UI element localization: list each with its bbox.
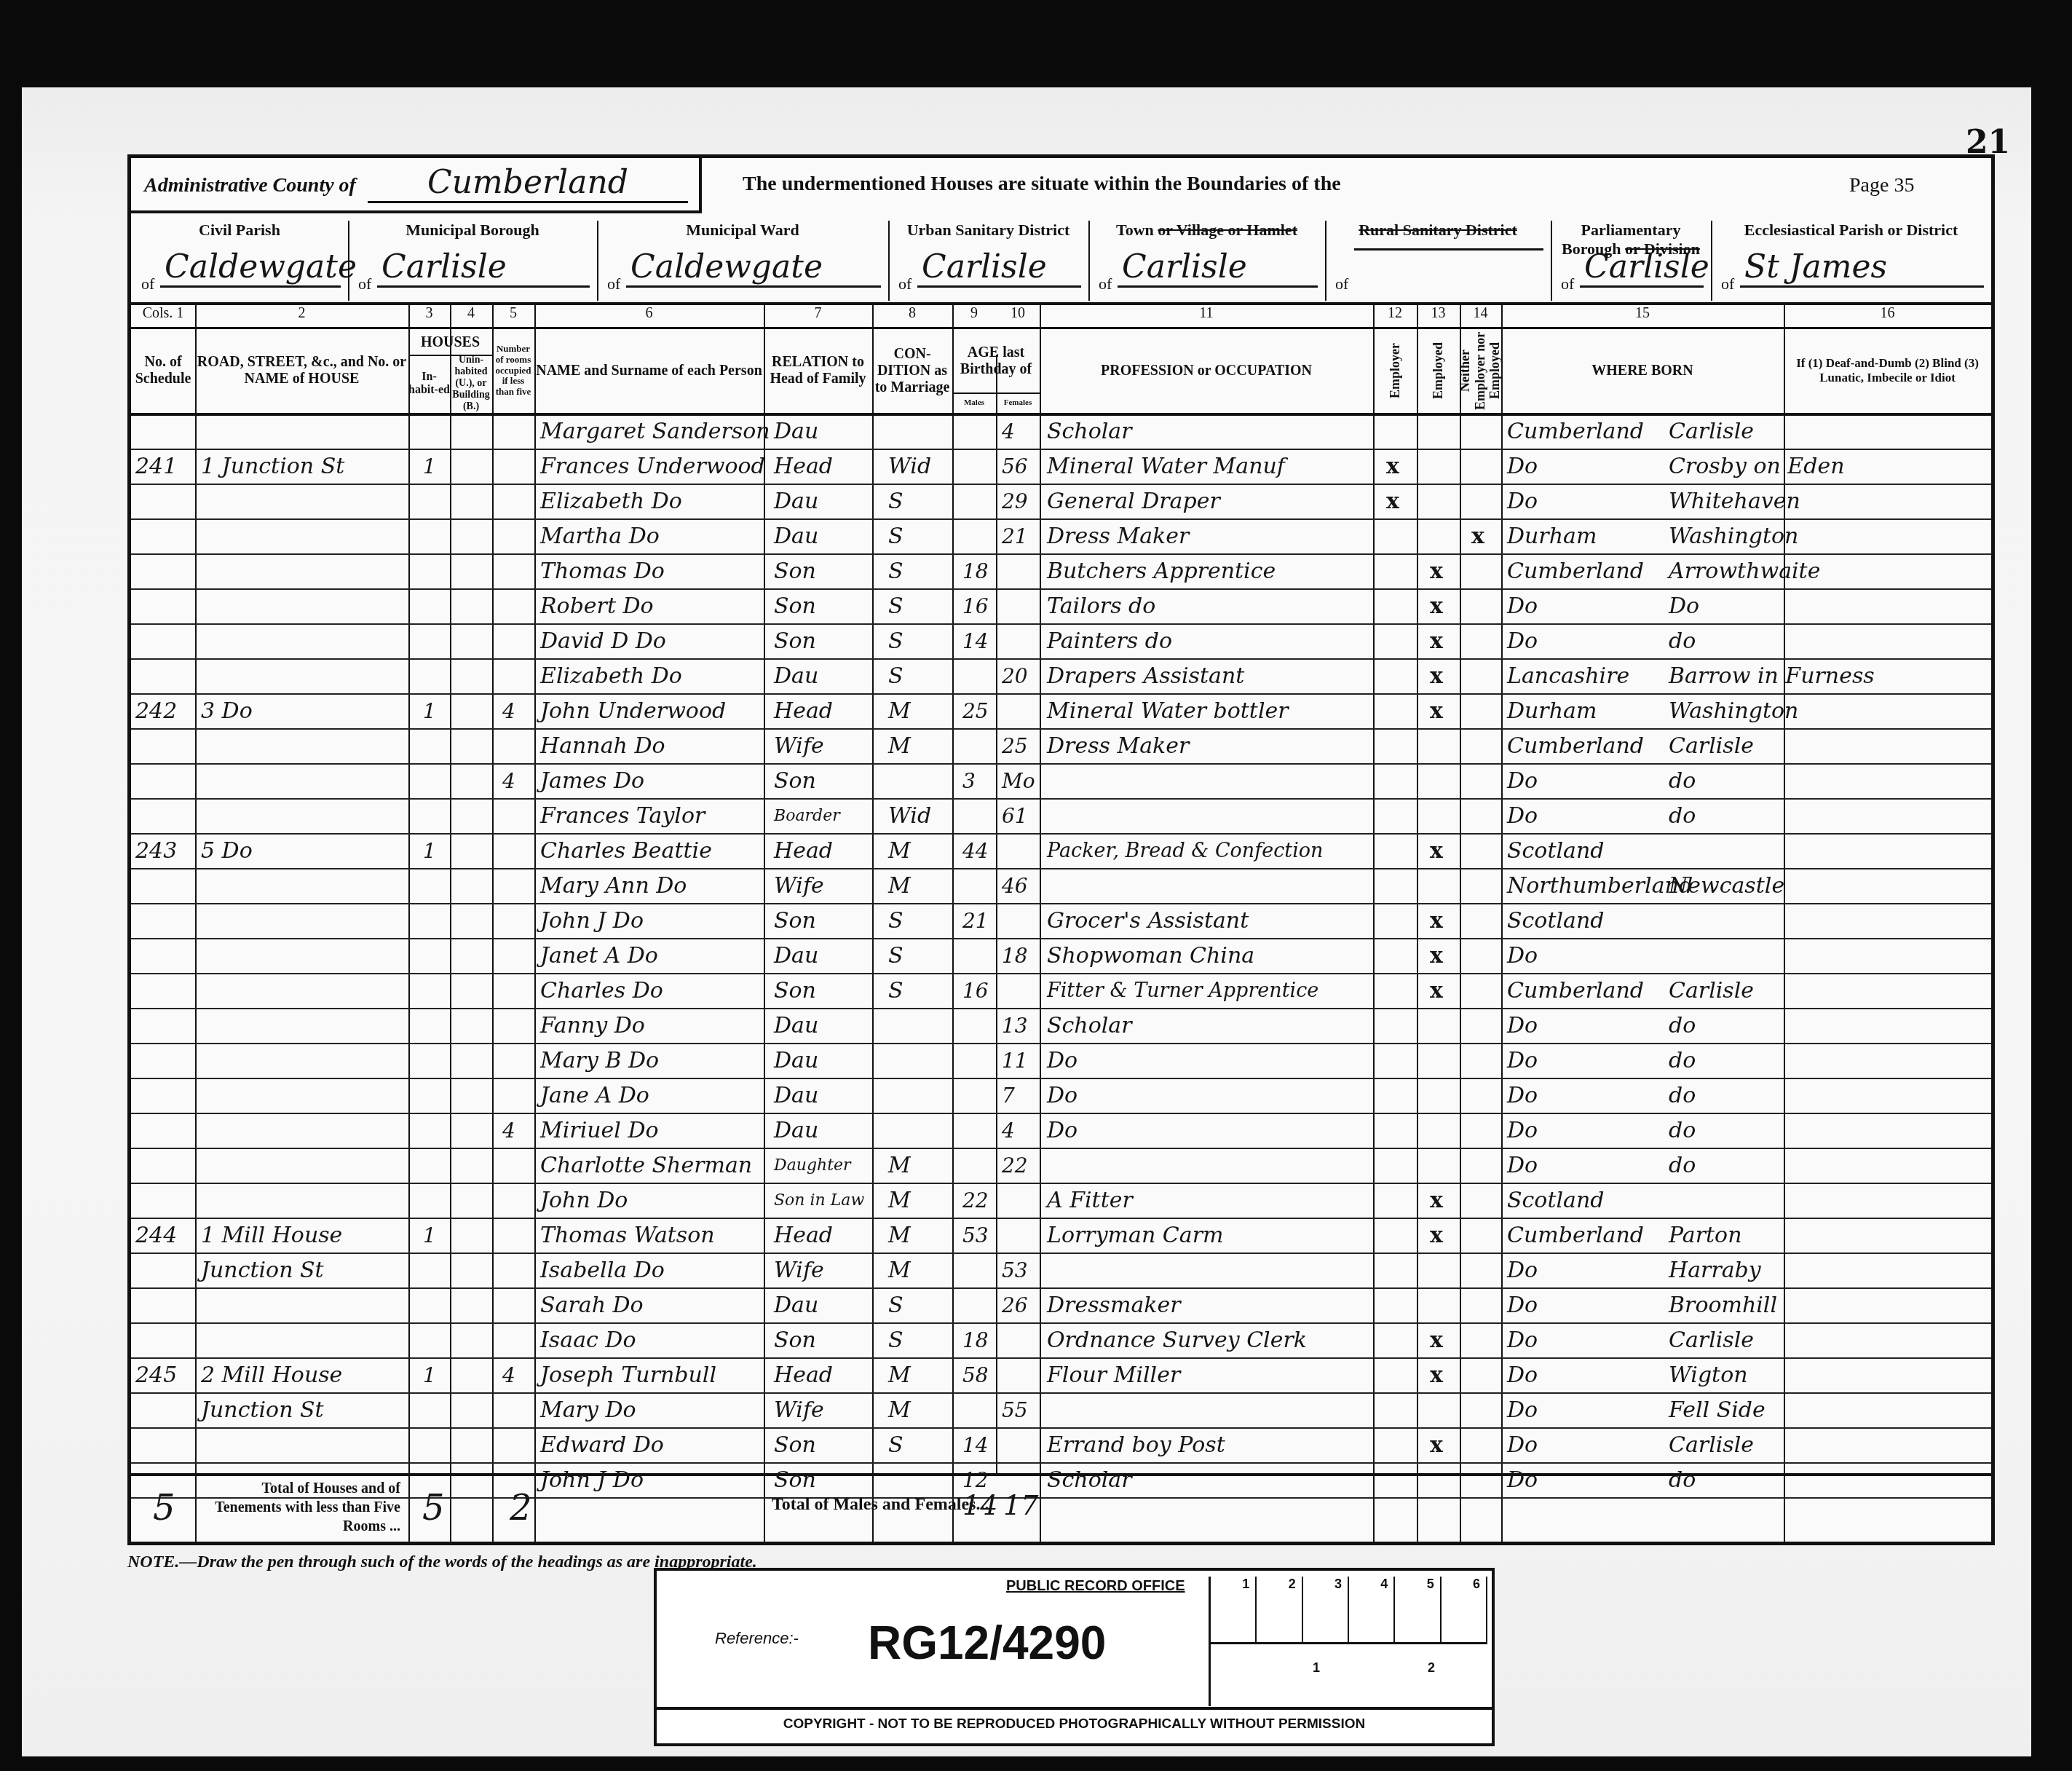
total-schedules: 5	[153, 1488, 175, 1529]
birth-county: Do	[1507, 1045, 1538, 1077]
census-row: Janet A DoDauS18Shopwoman ChinaxDo	[131, 939, 1991, 974]
birth-county: Do	[1507, 1360, 1538, 1392]
relation-to-head: Dau	[774, 1290, 818, 1322]
relation-to-head: Son	[774, 1325, 816, 1357]
occupation: Butchers Apprentice	[1047, 556, 1276, 588]
person-name: Janet A Do	[540, 940, 658, 972]
occupation: A Fitter	[1047, 1185, 1133, 1217]
female-age: 61	[1002, 800, 1028, 832]
area-value: St James	[1740, 248, 1984, 288]
area-field-1: Municipal BoroughofCarlisle	[348, 216, 597, 304]
birth-place: Carlisle	[1669, 730, 1754, 762]
rooms-count: 4	[502, 1360, 515, 1392]
area-value: Carlisle	[1118, 248, 1318, 288]
person-name: John Underwood	[540, 695, 726, 727]
male-age: 21	[962, 905, 989, 937]
pro-header: PUBLIC RECORD OFFICE	[1006, 1578, 1185, 1595]
column-number: 10	[996, 305, 1040, 327]
relation-to-head: Wife	[774, 870, 824, 902]
employed-mark: x	[1430, 591, 1443, 623]
birth-county: Cumberland	[1507, 556, 1644, 588]
birth-county: Do	[1507, 1080, 1538, 1112]
birth-county: Do	[1507, 1395, 1538, 1427]
road-address: Junction St	[201, 1255, 324, 1287]
inhabited-count: 1	[423, 1360, 436, 1392]
female-age: 11	[1002, 1045, 1028, 1077]
birth-place: Newcastle	[1669, 870, 1784, 902]
employer-mark: x	[1386, 486, 1399, 518]
person-name: David D Do	[540, 626, 666, 658]
occupation: Tailors do	[1047, 591, 1155, 623]
occupation: Drapers Assistant	[1047, 660, 1244, 693]
relation-to-head: Head	[774, 1360, 833, 1392]
road-address: 5 Do	[201, 835, 253, 867]
birth-county: Do	[1507, 1290, 1538, 1322]
birth-place: Washington	[1669, 521, 1798, 553]
occupation: Dressmaker	[1047, 1290, 1181, 1322]
female-age: 7	[1002, 1080, 1015, 1112]
occupation: Scholar	[1047, 1010, 1132, 1042]
census-row: 4James DoSon3MoDodo	[131, 764, 1991, 799]
area-field-0: Civil ParishofCaldewgate	[131, 216, 348, 304]
birth-county: Do	[1507, 1429, 1538, 1462]
total-females: 17	[1003, 1489, 1038, 1521]
birth-place: do	[1669, 800, 1696, 832]
employed-mark: x	[1430, 835, 1443, 867]
column-number: 5	[492, 305, 534, 327]
relation-to-head: Son in Law	[774, 1185, 864, 1217]
person-name: Hannah Do	[540, 730, 665, 762]
relation-to-head: Son	[774, 765, 816, 797]
marital-condition: M	[888, 695, 911, 727]
census-row: Elizabeth DoDauS20Drapers AssistantxLanc…	[131, 659, 1991, 694]
male-age: 25	[962, 695, 989, 727]
birth-place: Do	[1669, 591, 1699, 623]
person-name: Elizabeth Do	[540, 660, 682, 693]
neither-mark: x	[1471, 521, 1484, 553]
relation-to-head: Wife	[774, 730, 824, 762]
relation-to-head: Dau	[774, 1080, 818, 1112]
schedule-number: 244	[135, 1220, 177, 1252]
employed-mark: x	[1430, 975, 1443, 1007]
person-name: Elizabeth Do	[540, 486, 682, 518]
county-box: Administrative County of Cumberland	[131, 158, 702, 213]
marital-condition: M	[888, 1185, 911, 1217]
person-name: Charlotte Sherman	[540, 1150, 752, 1182]
reference-label: Reference:-	[715, 1629, 799, 1648]
birth-county: Do	[1507, 486, 1538, 518]
female-age: 46	[1002, 870, 1028, 902]
column-header-occupation: PROFESSION or OCCUPATION	[1040, 330, 1373, 411]
occupation: Do	[1047, 1080, 1077, 1112]
employed-mark: x	[1430, 1220, 1443, 1252]
inhabited-count: 1	[423, 451, 436, 483]
relation-to-head: Boarder	[774, 800, 840, 832]
census-row: Elizabeth DoDauS29General DraperxDoWhite…	[131, 484, 1991, 519]
rule	[131, 327, 1991, 329]
birth-place: Carlisle	[1669, 975, 1754, 1007]
area-field-2: Municipal WardofCaldewgate	[597, 216, 888, 304]
ruler-mark: 4	[1349, 1577, 1395, 1642]
birth-county: Do	[1507, 1255, 1538, 1287]
road-address: 2 Mill House	[201, 1360, 342, 1392]
birth-county: Do	[1507, 1010, 1538, 1042]
area-title: Rural Sanitary District	[1325, 221, 1551, 240]
male-age: 44	[962, 835, 989, 867]
schedule-number: 241	[135, 451, 177, 483]
marital-condition: S	[888, 1325, 903, 1357]
marital-condition: Wid	[888, 800, 931, 832]
area-field-6: Parliamentary Borough or DivisionofCarli…	[1551, 216, 1711, 304]
census-row: Frances TaylorBoarderWid61Dodo	[131, 799, 1991, 834]
birth-county: Do	[1507, 940, 1538, 972]
area-title: Ecclesiastical Parish or District	[1711, 221, 1991, 240]
area-title: Civil Parish	[131, 221, 348, 240]
person-name: Thomas Watson	[540, 1220, 715, 1252]
occupation: Grocer's Assistant	[1047, 905, 1249, 937]
ruler-mark: 2	[1428, 1660, 1435, 1676]
person-name: Charles Beattie	[540, 835, 712, 867]
ruler-mark: 1	[1211, 1577, 1257, 1642]
male-age: 58	[962, 1360, 989, 1392]
person-name: Martha Do	[540, 521, 660, 553]
column-header-females: Females	[996, 394, 1040, 411]
male-age: 14	[962, 1429, 989, 1462]
of-label: of	[1335, 275, 1348, 293]
male-age: 14	[962, 626, 989, 658]
birth-county: Do	[1507, 765, 1538, 797]
relation-to-head: Son	[774, 626, 816, 658]
relation-to-head: Dau	[774, 521, 818, 553]
of-label: of	[607, 275, 620, 293]
birth-place: do	[1669, 1150, 1696, 1182]
census-row: Junction StMary DoWifeM55DoFell Side	[131, 1393, 1991, 1428]
relation-to-head: Dau	[774, 660, 818, 693]
employed-mark: x	[1430, 556, 1443, 588]
road-address: 1 Mill House	[201, 1220, 342, 1252]
birth-county: Do	[1507, 1150, 1538, 1182]
person-name: Miriuel Do	[540, 1115, 659, 1147]
employed-mark: x	[1430, 1360, 1443, 1392]
inhabited-count: 1	[423, 1220, 436, 1252]
male-age: 3	[962, 765, 976, 797]
column-header-where_born: WHERE BORN	[1501, 330, 1784, 411]
female-age: 22	[1002, 1150, 1028, 1182]
marital-condition: Wid	[888, 451, 931, 483]
census-row: John J DoSonS21Grocer's AssistantxScotla…	[131, 904, 1991, 939]
marital-condition: M	[888, 1150, 911, 1182]
female-age: 13	[1002, 1010, 1028, 1042]
female-age: 18	[1002, 940, 1028, 972]
column-number: 15	[1501, 305, 1784, 327]
marital-condition: S	[888, 940, 903, 972]
female-age: 4	[1002, 1115, 1015, 1147]
birth-place: Arrowthwaite	[1669, 556, 1820, 588]
relation-to-head: Dau	[774, 1115, 818, 1147]
male-age: 18	[962, 556, 989, 588]
birth-county: Do	[1507, 591, 1538, 623]
column-header-inhabited: In-habit-ed	[408, 356, 450, 411]
birth-place: do	[1669, 1115, 1696, 1147]
person-name: Mary B Do	[540, 1045, 659, 1077]
totals-row: 5 Total of Houses and of Tenements with …	[131, 1475, 1991, 1542]
birth-place: do	[1669, 1045, 1696, 1077]
birth-place: Carlisle	[1669, 1429, 1754, 1462]
area-field-3: Urban Sanitary DistrictofCarlisle	[888, 216, 1088, 304]
male-age: 22	[962, 1185, 989, 1217]
census-row: Jane A DoDau7DoDodo	[131, 1078, 1991, 1113]
ruler-mark: 5	[1395, 1577, 1441, 1642]
census-row: Robert DoSonS16Tailors doxDoDo	[131, 589, 1991, 624]
of-label: of	[1099, 275, 1112, 293]
reference-number: RG12/4290	[868, 1616, 1106, 1670]
houses-total-label: Total of Houses and of Tenements with le…	[211, 1479, 400, 1536]
occupation: Errand boy Post	[1047, 1429, 1225, 1462]
census-row: Charles DoSonS16Fitter & Turner Apprenti…	[131, 974, 1991, 1009]
marital-condition: S	[888, 660, 903, 693]
column-number: 16	[1784, 305, 1991, 327]
female-age: 53	[1002, 1255, 1028, 1287]
birth-county: Cumberland	[1507, 416, 1644, 448]
public-record-office-label: PUBLIC RECORD OFFICE Reference:- RG12/42…	[654, 1568, 1495, 1746]
column-header-neither: Neither Employer nor Employed	[1460, 330, 1501, 411]
person-name: Charles Do	[540, 975, 663, 1007]
copyright-notice: COPYRIGHT - NOT TO BE REPRODUCED PHOTOGR…	[657, 1707, 1492, 1739]
column-header-infirmity: If (1) Deaf-and-Dumb (2) Blind (3) Lunat…	[1784, 330, 1991, 411]
undermentioned-text: The undermentioned Houses are situate wi…	[743, 173, 1341, 196]
person-name: Isabella Do	[540, 1255, 665, 1287]
male-age: 16	[962, 975, 989, 1007]
area-value: Caldewgate	[626, 248, 881, 288]
census-row: Mary Ann DoWifeM46NorthumberlandNewcastl…	[131, 869, 1991, 904]
female-age: 56	[1002, 451, 1028, 483]
road-address: Junction St	[201, 1395, 324, 1427]
relation-to-head: Son	[774, 905, 816, 937]
person-name: Joseph Turnbull	[540, 1360, 716, 1392]
ruler-mark: 6	[1442, 1577, 1487, 1642]
total-houses: 5	[422, 1488, 445, 1529]
marital-condition: M	[888, 870, 911, 902]
occupation: Fitter & Turner Apprentice	[1047, 975, 1318, 1007]
person-name: Thomas Do	[540, 556, 665, 588]
area-field-4: Town or Village or HamletofCarlisle	[1088, 216, 1325, 304]
employed-mark: x	[1430, 695, 1443, 727]
area-value: Carlisle	[1580, 248, 1704, 288]
occupation: Do	[1047, 1045, 1077, 1077]
relation-to-head: Son	[774, 591, 816, 623]
birth-county: Cumberland	[1507, 1220, 1644, 1252]
census-row: Charlotte ShermanDaughterM22Dodo	[131, 1148, 1991, 1183]
census-row: 2423 Do14John UnderwoodHeadM25Mineral Wa…	[131, 694, 1991, 729]
birth-place: Broomhill	[1669, 1290, 1777, 1322]
birth-county: Do	[1507, 800, 1538, 832]
schedule-number: 242	[135, 695, 177, 727]
occupation: Painters do	[1047, 626, 1172, 658]
occupation: Lorryman Carm	[1047, 1220, 1223, 1252]
birth-county: Scotland	[1507, 1185, 1604, 1217]
column-header-rooms: Number of rooms occupied if less than fi…	[492, 330, 534, 411]
person-name: John J Do	[540, 905, 644, 937]
census-row: Martha DoDauS21Dress MakerxDurhamWashing…	[131, 519, 1991, 554]
birth-place: do	[1669, 1010, 1696, 1042]
census-row: 2441 Mill House1Thomas WatsonHeadM53Lorr…	[131, 1218, 1991, 1253]
column-header-condition: CON-DITION as to Marriage	[872, 330, 952, 411]
female-age: Mo	[1002, 765, 1035, 797]
birth-county: Do	[1507, 451, 1538, 483]
column-number: 2	[195, 305, 408, 327]
employed-mark: x	[1430, 1185, 1443, 1217]
census-row: 2411 Junction St1Frances UnderwoodHeadWi…	[131, 449, 1991, 484]
occupation: Shopwoman China	[1047, 940, 1254, 972]
employed-mark: x	[1430, 940, 1443, 972]
person-name: James Do	[540, 765, 644, 797]
census-row: 2435 Do1Charles BeattieHeadM44Packer, Br…	[131, 834, 1991, 869]
birth-place: Carlisle	[1669, 1325, 1754, 1357]
marital-condition: S	[888, 486, 903, 518]
column-number: Cols. 1	[131, 305, 195, 327]
occupation: Dress Maker	[1047, 521, 1189, 553]
rooms-count: 4	[502, 1115, 515, 1147]
column-header-males: Males	[952, 394, 996, 411]
total-males: 14	[962, 1489, 997, 1521]
occupation: Scholar	[1047, 416, 1132, 448]
birth-county: Cumberland	[1507, 730, 1644, 762]
marital-condition: S	[888, 905, 903, 937]
area-value: Carlisle	[917, 248, 1081, 288]
ruler-mark: 2	[1257, 1577, 1302, 1642]
employer-mark: x	[1386, 451, 1399, 483]
of-label: of	[141, 275, 154, 293]
birth-place: Carlisle	[1669, 416, 1754, 448]
column-header-relation: RELATION to Head of Family	[764, 330, 872, 411]
birth-place: Crosby on Eden	[1669, 451, 1845, 483]
birth-county: Lancashire	[1507, 660, 1629, 693]
birth-county: Cumberland	[1507, 975, 1644, 1007]
person-name: Mary Do	[540, 1395, 636, 1427]
birth-place: do	[1669, 765, 1696, 797]
employed-mark: x	[1430, 905, 1443, 937]
occupation: Dress Maker	[1047, 730, 1189, 762]
census-row: Sarah DoDauS26DressmakerDoBroomhill	[131, 1288, 1991, 1323]
relation-to-head: Head	[774, 1220, 833, 1252]
column-number: 12	[1373, 305, 1417, 327]
area-value: Caldewgate	[160, 248, 341, 288]
employed-mark: x	[1430, 660, 1443, 693]
person-name: John Do	[540, 1185, 628, 1217]
total-tenements: 2	[510, 1488, 532, 1529]
of-label: of	[1561, 275, 1574, 293]
relation-to-head: Daughter	[774, 1150, 851, 1182]
female-age: 20	[1002, 660, 1028, 693]
birth-place: Parton	[1669, 1220, 1742, 1252]
person-name: Frances Underwood	[540, 451, 765, 483]
marital-condition: M	[888, 730, 911, 762]
column-number: 6	[534, 305, 764, 327]
of-label: of	[358, 275, 371, 293]
relation-to-head: Dau	[774, 416, 818, 448]
column-header-name: NAME and Surname of each Person	[534, 330, 764, 411]
county-label: Administrative County of	[144, 174, 356, 197]
relation-to-head: Head	[774, 451, 833, 483]
birth-county: Do	[1507, 626, 1538, 658]
road-address: 3 Do	[201, 695, 253, 727]
occupation: Mineral Water bottler	[1047, 695, 1289, 727]
county-value: Cumberland	[368, 164, 688, 203]
relation-to-head: Son	[774, 1429, 816, 1462]
person-name: Fanny Do	[540, 1010, 645, 1042]
person-name: Jane A Do	[540, 1080, 649, 1112]
employed-mark: x	[1430, 1429, 1443, 1462]
marital-condition: S	[888, 1290, 903, 1322]
occupation: Packer, Bread & Confection	[1047, 835, 1323, 867]
birth-county: Durham	[1507, 695, 1597, 727]
ruler-mark: 1	[1313, 1660, 1320, 1676]
person-name: Sarah Do	[540, 1290, 644, 1322]
relation-to-head: Dau	[774, 940, 818, 972]
marital-condition: M	[888, 1255, 911, 1287]
person-name: Frances Taylor	[540, 800, 705, 832]
column-header-uninhabited: Unin-habited (U.), or Building (B.)	[450, 356, 492, 411]
column-header-houses: HOUSES	[408, 330, 492, 355]
area-title: Municipal Ward	[597, 221, 888, 240]
column-number: 11	[1040, 305, 1373, 327]
census-form: Administrative County of Cumberland The …	[127, 154, 1995, 1545]
column-header-age: AGE last Birthday of	[952, 330, 1040, 393]
marital-condition: M	[888, 1220, 911, 1252]
census-row: David D DoSonS14Painters doxDodo	[131, 624, 1991, 659]
census-row: Fanny DoDau13ScholarDodo	[131, 1009, 1991, 1044]
relation-to-head: Wife	[774, 1395, 824, 1427]
column-number: 14	[1460, 305, 1501, 327]
census-row: Isaac DoSonS18Ordnance Survey ClerkxDoCa…	[131, 1323, 1991, 1358]
occupation: Ordnance Survey Clerk	[1047, 1325, 1307, 1357]
area-value: Carlisle	[377, 248, 590, 288]
relation-to-head: Dau	[774, 486, 818, 518]
birth-place: Washington	[1669, 695, 1798, 727]
area-value	[1354, 248, 1543, 251]
person-name: Isaac Do	[540, 1325, 636, 1357]
males-females-total-label: Total of Males and Females...	[772, 1495, 989, 1515]
relation-to-head: Dau	[774, 1045, 818, 1077]
relation-to-head: Son	[774, 556, 816, 588]
employed-mark: x	[1430, 626, 1443, 658]
census-row: Hannah DoWifeM25Dress MakerCumberlandCar…	[131, 729, 1991, 764]
female-age: 21	[1002, 521, 1028, 553]
marital-condition: S	[888, 626, 903, 658]
column-header-employer: Employer	[1373, 330, 1417, 411]
marital-condition: S	[888, 975, 903, 1007]
birth-place: do	[1669, 1080, 1696, 1112]
marital-condition: M	[888, 1395, 911, 1427]
scale-ruler: 1 2 3 4 5 6 1 2	[1209, 1577, 1487, 1706]
rooms-count: 4	[502, 695, 515, 727]
column-number: 9	[952, 305, 996, 327]
birth-county: Do	[1507, 1325, 1538, 1357]
birth-county: Do	[1507, 1115, 1538, 1147]
rooms-count: 4	[502, 765, 515, 797]
area-title: Urban Sanitary District	[888, 221, 1088, 240]
occupation: Do	[1047, 1115, 1077, 1147]
road-address: 1 Junction St	[201, 451, 344, 483]
birth-place: Barrow in Furness	[1669, 660, 1875, 693]
marital-condition: S	[888, 591, 903, 623]
female-age: 29	[1002, 486, 1028, 518]
birth-county: Northumberland	[1507, 870, 1693, 902]
occupation: Flour Miller	[1047, 1360, 1180, 1392]
male-age: 18	[962, 1325, 989, 1357]
birth-place: Fell Side	[1669, 1395, 1765, 1427]
census-row: Mary B DoDau11DoDodo	[131, 1044, 1991, 1078]
